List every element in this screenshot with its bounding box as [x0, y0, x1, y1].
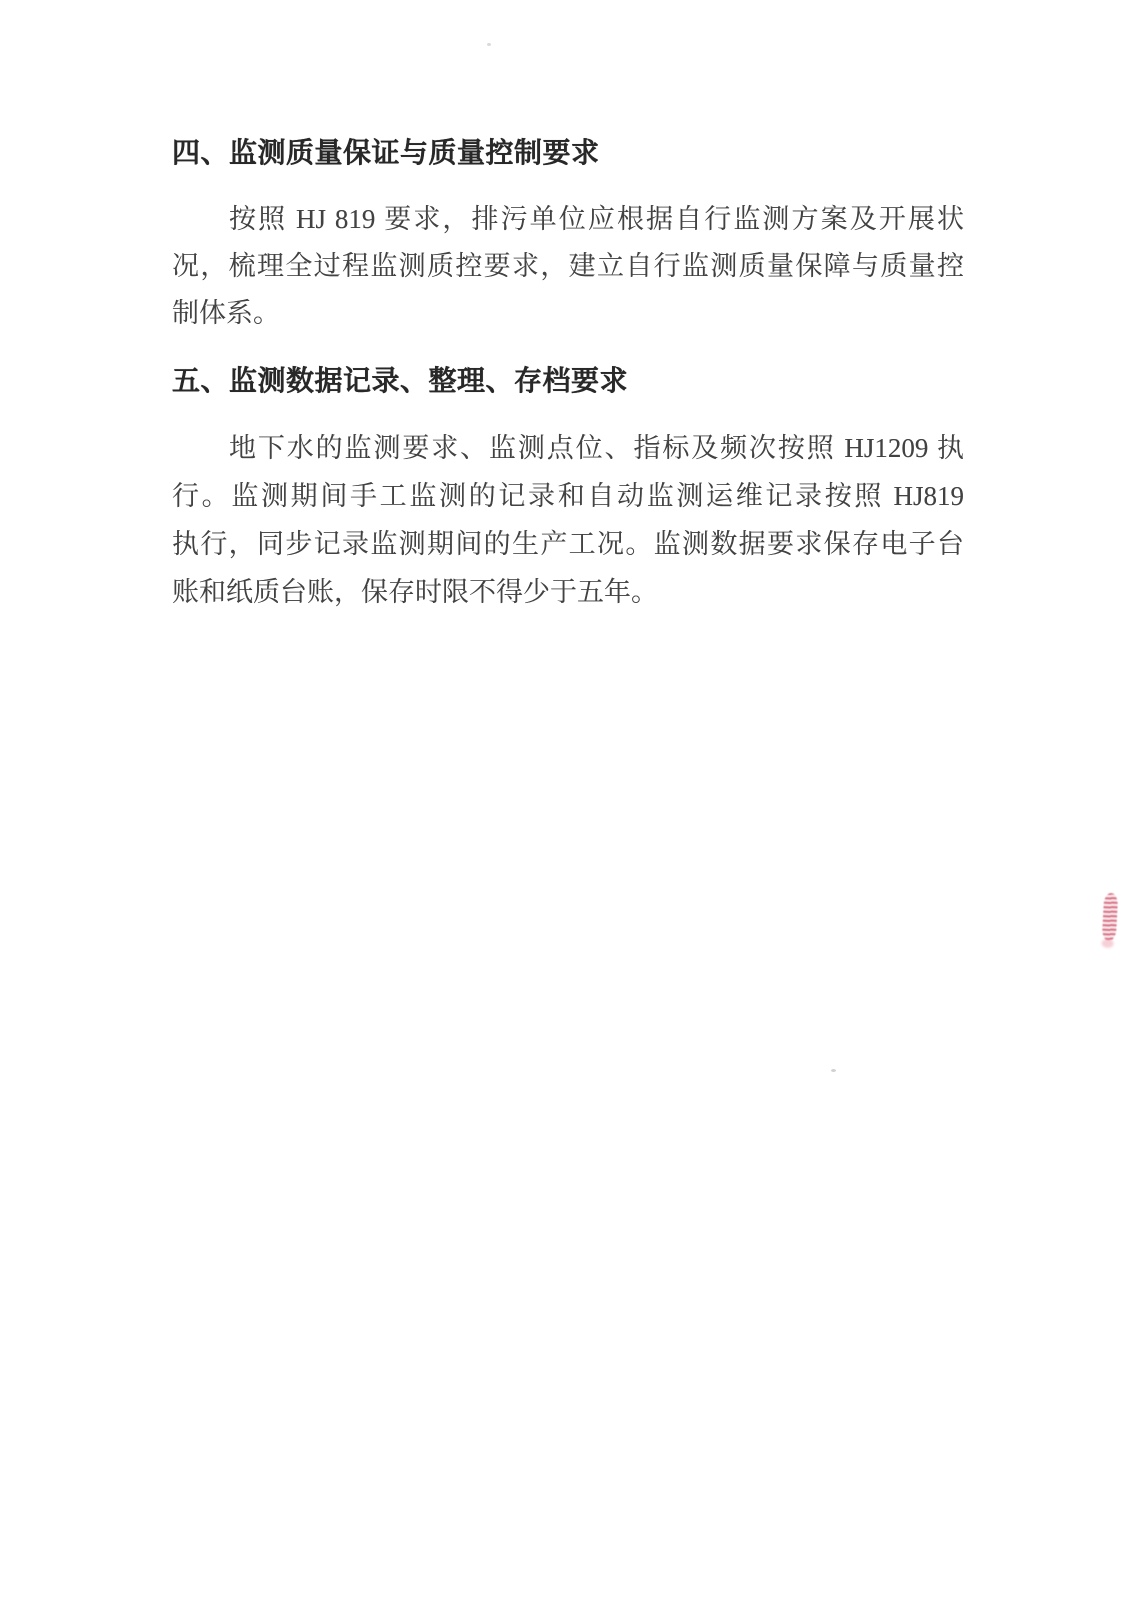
section-heading-5: 五、监测数据记录、整理、存档要求: [172, 361, 964, 401]
document-page: 四、监测质量保证与质量控制要求 按照 HJ 819 要求，排污单位应根据自行监测…: [0, 0, 1131, 1600]
scan-speck: [831, 1069, 836, 1072]
section-heading-4: 四、监测质量保证与质量控制要求: [172, 133, 964, 173]
section-4-paragraph: 按照 HJ 819 要求，排污单位应根据自行监测方案及开展状 况，梳理全过程监测…: [172, 196, 964, 337]
paragraph-line: 按照 HJ 819 要求，排污单位应根据自行监测方案及开展状: [172, 196, 964, 243]
scan-speck: [487, 43, 491, 46]
paragraph-line: 执行，同步记录监测期间的生产工况。监测数据要求保存电子台: [172, 520, 964, 568]
paragraph-line: 地下水的监测要求、监测点位、指标及频次按照 HJ1209 执: [172, 424, 964, 472]
paragraph-line: 况，梳理全过程监测质控要求，建立自行监测质量保障与质量控: [172, 243, 964, 290]
paragraph-line: 行。监测期间手工监测的记录和自动监测运维记录按照 HJ819: [172, 472, 964, 520]
paragraph-line: 账和纸质台账，保存时限不得少于五年。: [172, 568, 964, 616]
section-5-paragraph: 地下水的监测要求、监测点位、指标及频次按照 HJ1209 执 行。监测期间手工监…: [172, 424, 964, 616]
paragraph-line: 制体系。: [172, 290, 964, 337]
red-seal-edge-mark: [1102, 893, 1118, 942]
